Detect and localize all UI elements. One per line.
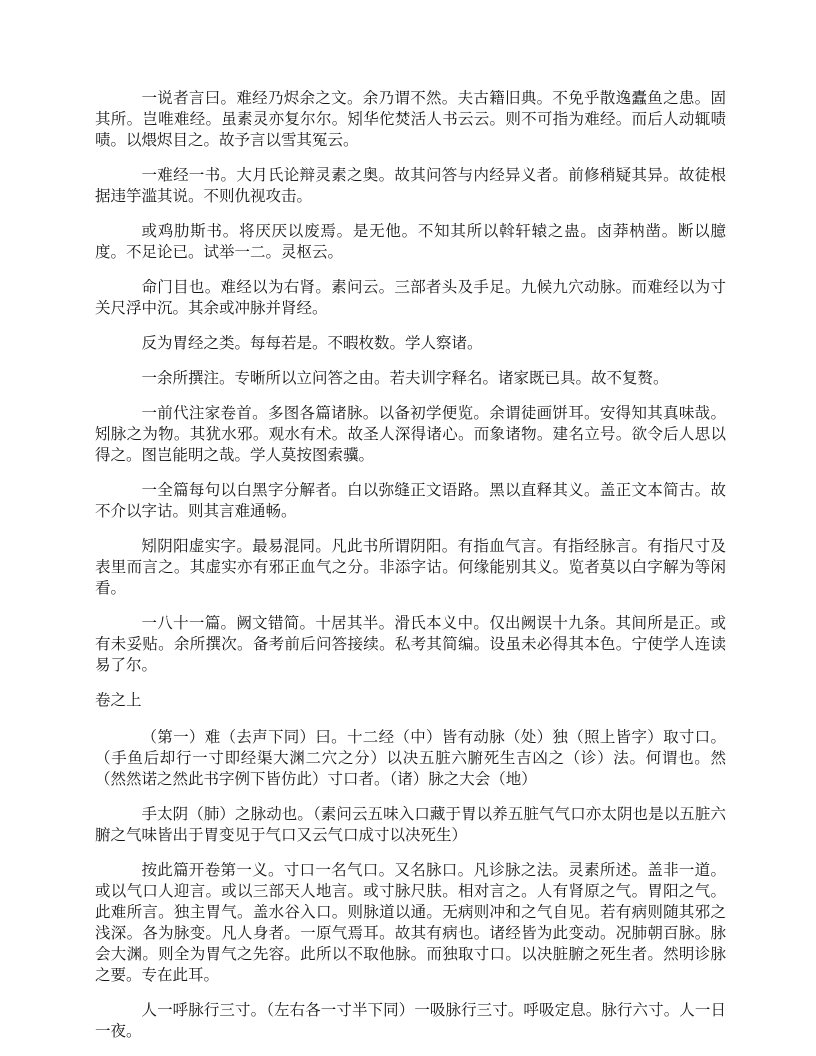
paragraph: 一难经一书。大月氏论辩灵素之奥。故其问答与内经异义者。前修稍疑其异。故徒根据违竽… <box>95 165 726 207</box>
paragraph: 一余所撰注。专晰所以立问答之由。若夫训字释名。诸家既已具。故不复赘。 <box>95 368 726 389</box>
document-page: 一说者言曰。难经乃烬余之文。余乃谓不然。夫古籍旧典。不免乎散逸蠹鱼之患。固其所。… <box>0 0 816 1056</box>
paragraph: 手太阴（肺）之脉动也。（素问云五味入口藏于胃以养五脏气气口亦太阴也是以五脏六腑之… <box>95 804 726 846</box>
paragraph: （第一）难（去声下同）曰。十二经（中）皆有动脉（处）独（照上皆字）取寸口。（手鱼… <box>95 727 726 790</box>
paragraph: 一说者言曰。难经乃烬余之文。余乃谓不然。夫古籍旧典。不免乎散逸蠹鱼之患。固其所。… <box>95 88 726 151</box>
paragraph: 反为胃经之类。每每若是。不暇枚数。学人察诸。 <box>95 333 726 354</box>
section-heading: 卷之上 <box>95 690 726 711</box>
paragraph: 命门目也。难经以为右肾。素问云。三部者头及手足。九候九穴动脉。而难经以为寸关尺浮… <box>95 277 726 319</box>
paragraph: 一全篇每句以白黑字分解者。白以弥缝正文语路。黑以直释其义。盖正文本简古。故不介以… <box>95 480 726 522</box>
paragraph: 一八十一篇。阙文错简。十居其半。滑氏本义中。仅出阙误十九条。其间所是正。或有未妥… <box>95 613 726 676</box>
paragraph: 或鸡肋斯书。将厌厌以废焉。是无他。不知其所以斡轩辕之蛊。卤莽枘凿。断以臆度。不足… <box>95 221 726 263</box>
paragraph: 矧阴阳虚实字。最易混同。凡此书所谓阴阳。有指血气言。有指经脉言。有指尺寸及表里而… <box>95 536 726 599</box>
paragraph: 按此篇开卷第一义。寸口一名气口。又名脉口。凡诊脉之法。灵素所述。盖非一道。或以气… <box>95 860 726 986</box>
paragraph: 人一呼脉行三寸。（左右各一寸半下同）一吸脉行三寸。呼吸定息。脉行六寸。人一日一夜… <box>95 1000 726 1042</box>
paragraph: 一前代注家卷首。多图各篇诸脉。以备初学便览。余谓徒画饼耳。安得知其真味哉。矧脉之… <box>95 403 726 466</box>
